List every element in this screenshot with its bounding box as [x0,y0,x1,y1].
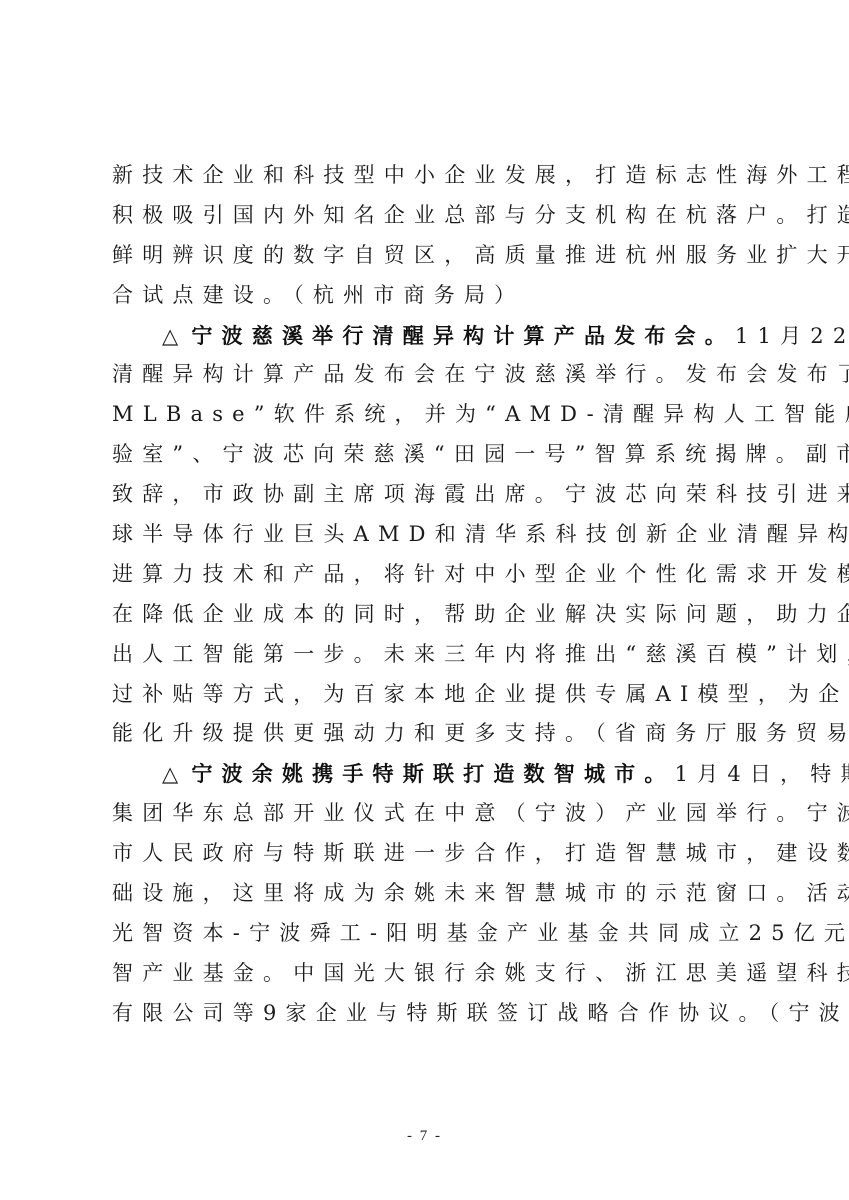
text-line: 合试点建设。（杭州市商务局） [112,276,744,316]
text-line: 球半导体行业巨头AMD和清华系科技创新企业清醒异构的先 [112,515,744,555]
text-line: 新技术企业和科技型中小企业发展，打造标志性海外工程项目， [112,156,744,196]
text-line: 验室”、宁波芯向荣慈溪“田园一号”智算系统揭牌。副市长周高 [112,435,744,475]
text-line: 智产业基金。中国光大银行余姚支行、浙江思美遥望科技传媒 [112,954,744,994]
text-line: 在降低企业成本的同时，帮助企业解决实际问题，助力企业迈 [112,595,744,635]
text-line: 光智资本-宁波舜工-阳明基金产业基金共同成立25亿元规模数 [112,914,744,954]
text-line: 能化升级提供更强动力和更多支持。（省商务厅服务贸易处） [112,714,744,754]
text-line: 进算力技术和产品，将针对中小型企业个性化需求开发模型， [112,555,744,595]
text-line: MLBase”软件系统，并为“AMD-清醒异构人工智能应用联合实 [112,395,744,435]
news-item-heading-line: △宁波余姚携手特斯联打造数智城市。1月4日，特斯联 [112,754,744,794]
news-item-heading-line: △宁波慈溪举行清醒异构计算产品发布会。11月22日， [112,316,744,356]
document-body: 新技术企业和科技型中小企业发展，打造标志性海外工程项目， 积极吸引国内外知名企业… [112,156,744,1034]
triangle-bullet-icon: △ [162,762,187,786]
page-number: - 7 - [0,1128,849,1145]
text-line: 鲜明辨识度的数字自贸区，高质量推进杭州服务业扩大开放综 [112,236,744,276]
news-item-date: 1月4日，特斯联 [675,762,849,786]
text-line: 市人民政府与特斯联进一步合作，打造智慧城市，建设数智基 [112,834,744,874]
text-line: 积极吸引国内外知名企业总部与分支机构在杭落户。打造具有 [112,196,744,236]
text-line: 过补贴等方式，为百家本地企业提供专属AI模型，为企业智 [112,675,744,715]
news-item-date: 11月22日， [735,324,849,348]
text-line: 清醒异构计算产品发布会在宁波慈溪举行。发布会发布了“被子 [112,355,744,395]
text-line: 致辞，市政协副主席项海霞出席。宁波芯向荣科技引进来自全 [112,475,744,515]
news-item-heading: 宁波慈溪举行清醒异构计算产品发布会。 [191,323,735,348]
text-line: 集团华东总部开业仪式在中意（宁波）产业园举行。宁波余姚 [112,794,744,834]
news-item-heading: 宁波余姚携手特斯联打造数智城市。 [191,761,674,786]
text-line: 有限公司等9家企业与特斯联签订战略合作协议。（宁波市商 [112,994,744,1034]
triangle-bullet-icon: △ [162,324,187,348]
text-line: 出人工智能第一步。未来三年内将推出“慈溪百模”计划，将通 [112,635,744,675]
text-line: 础设施，这里将成为余姚未来智慧城市的示范窗口。活动现场 [112,874,744,914]
